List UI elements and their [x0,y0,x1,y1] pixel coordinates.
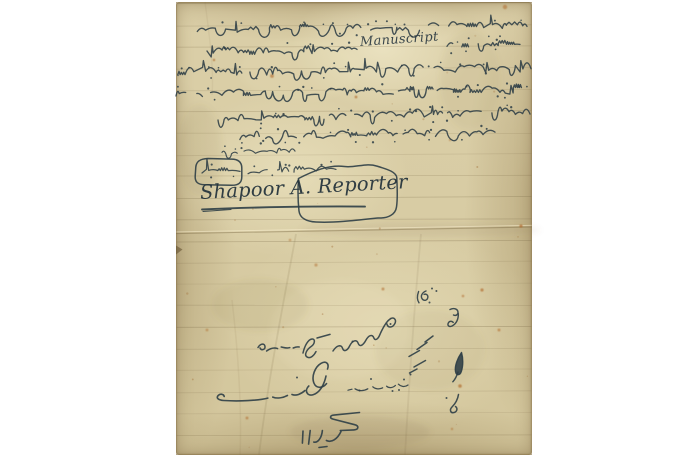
letter-paper [176,2,532,455]
scan-canvas: Manuscript Shapoor A. Reporter [0,0,700,460]
